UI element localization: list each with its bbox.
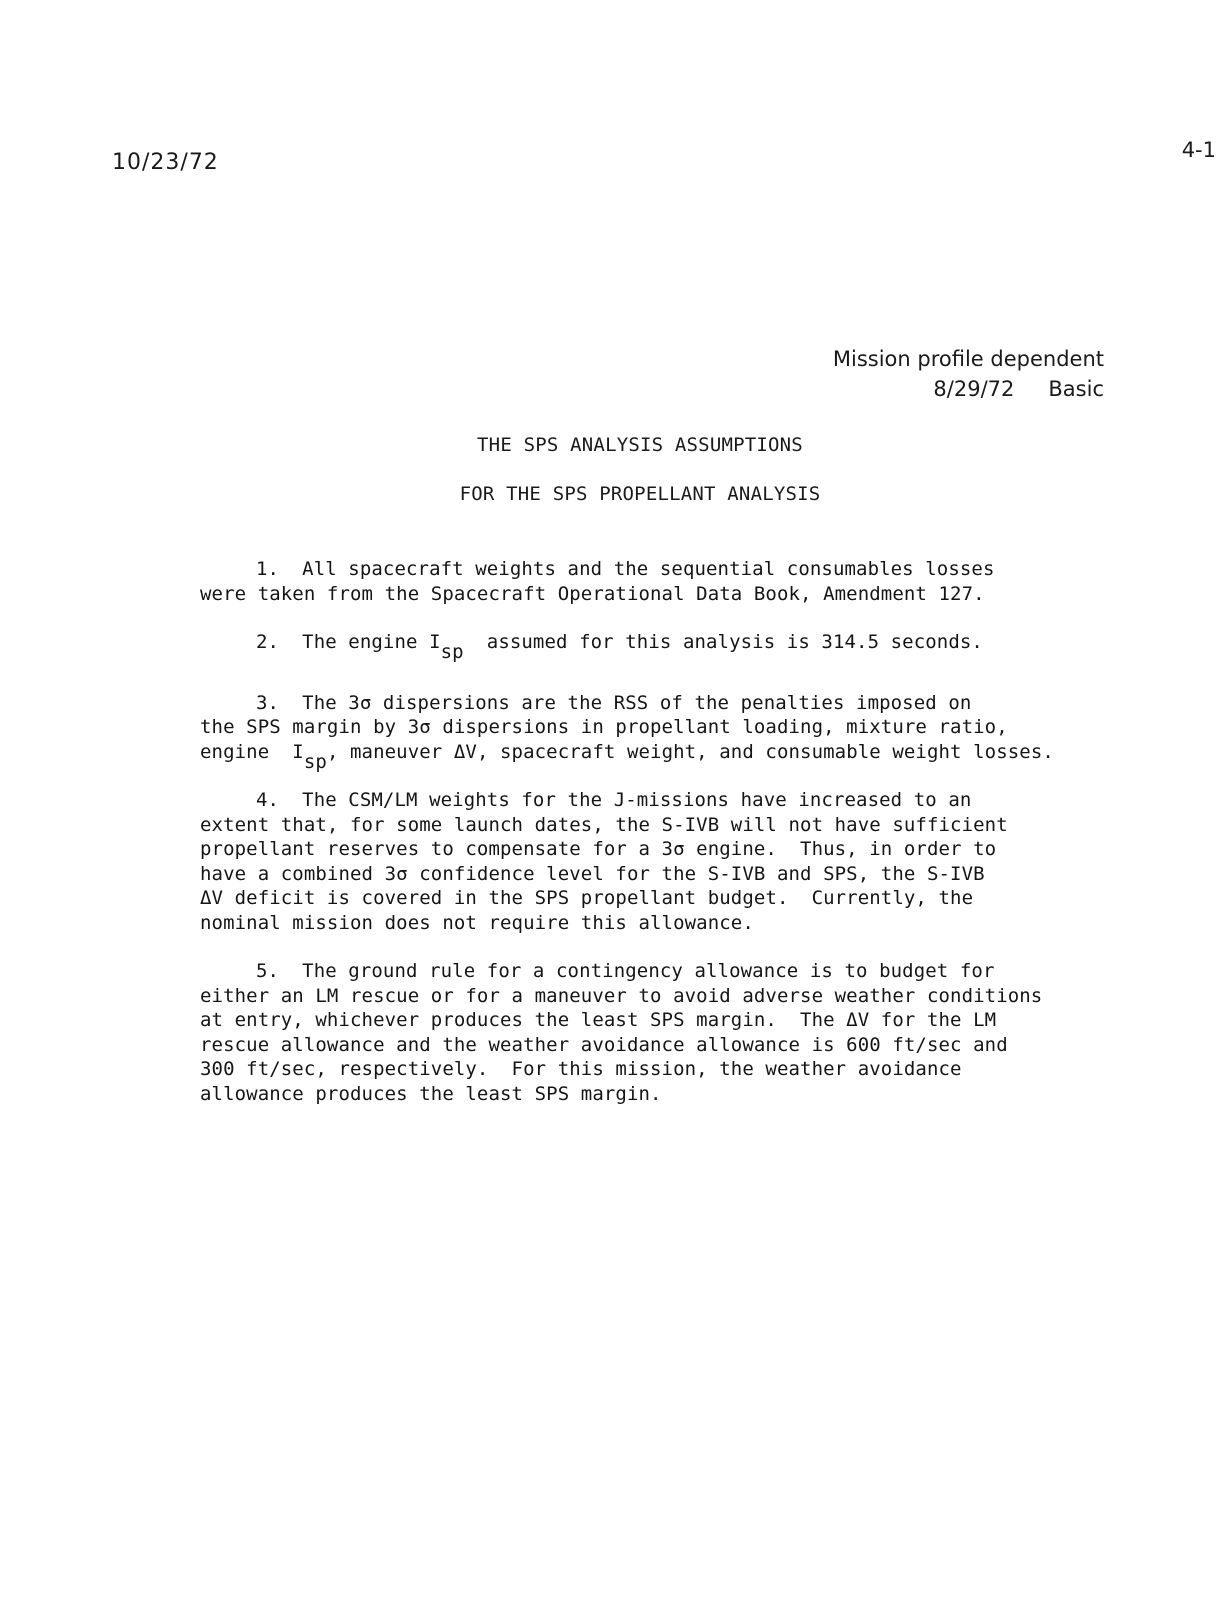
text-line: at entry, whichever produces the least S…	[200, 1009, 996, 1031]
assumption-2: 2. The engine Isp assumed for this analy…	[200, 630, 1130, 655]
item-number: 4.	[256, 789, 279, 811]
revision-label: Basic	[1048, 374, 1104, 404]
text-line: The engine I	[302, 631, 440, 653]
assumption-1: 1. All spacecraft weights and the sequen…	[200, 557, 1130, 606]
document-title: THE SPS ANALYSIS ASSUMPTIONS	[0, 434, 1216, 456]
text-line: allowance produces the least SPS margin.	[200, 1083, 662, 1105]
revision-line: 8/29/72Basic	[833, 374, 1104, 404]
text-line: , maneuver ΔV, spacecraft weight, and co…	[327, 741, 1054, 763]
document-page: 10/23/72 4-1 Mission profile dependent 8…	[0, 0, 1216, 1615]
text-line: nominal mission does not require this al…	[200, 912, 754, 934]
assumption-4: 4. The CSM/LM weights for the J-missions…	[200, 788, 1130, 935]
item-number: 3.	[256, 692, 279, 714]
page-number: 4-1	[1182, 138, 1216, 162]
text-line: 300 ft/sec, respectively. For this missi…	[200, 1058, 962, 1080]
text-line: The CSM/LM weights for the J-missions ha…	[302, 789, 971, 811]
text-line: extent that, for some launch dates, the …	[200, 814, 1008, 836]
revision-date: 8/29/72	[933, 374, 1014, 404]
text-line: assumed for this analysis is 314.5 secon…	[464, 631, 983, 653]
item-number: 2.	[256, 631, 279, 653]
revision-status: Mission profile dependent	[833, 344, 1104, 374]
date-stamp: 10/23/72	[112, 150, 219, 175]
text-line: engine I	[200, 741, 304, 763]
revision-block: Mission profile dependent 8/29/72Basic	[833, 344, 1104, 404]
assumption-5: 5. The ground rule for a contingency all…	[200, 959, 1130, 1106]
text-line: The 3σ dispersions are the RSS of the pe…	[302, 692, 971, 714]
text-line: All spacecraft weights and the sequentia…	[302, 558, 994, 580]
document-subtitle: FOR THE SPS PROPELLANT ANALYSIS	[0, 483, 1216, 505]
assumptions-list: 1. All spacecraft weights and the sequen…	[200, 557, 1130, 1130]
text-line: were taken from the Spacecraft Operation…	[200, 583, 985, 605]
subscript: sp	[441, 641, 464, 663]
subscript: sp	[304, 751, 327, 773]
text-line: propellant reserves to compensate for a …	[200, 838, 996, 860]
item-number: 1.	[256, 558, 279, 580]
text-line: have a combined 3σ confidence level for …	[200, 863, 985, 885]
item-number: 5.	[256, 960, 279, 982]
text-line: rescue allowance and the weather avoidan…	[200, 1034, 1008, 1056]
text-line: the SPS margin by 3σ dispersions in prop…	[200, 716, 1008, 738]
text-line: ΔV deficit is covered in the SPS propell…	[200, 887, 973, 909]
assumption-3: 3. The 3σ dispersions are the RSS of the…	[200, 691, 1130, 765]
text-line: The ground rule for a contingency allowa…	[302, 960, 994, 982]
text-line: either an LM rescue or for a maneuver to…	[200, 985, 1042, 1007]
